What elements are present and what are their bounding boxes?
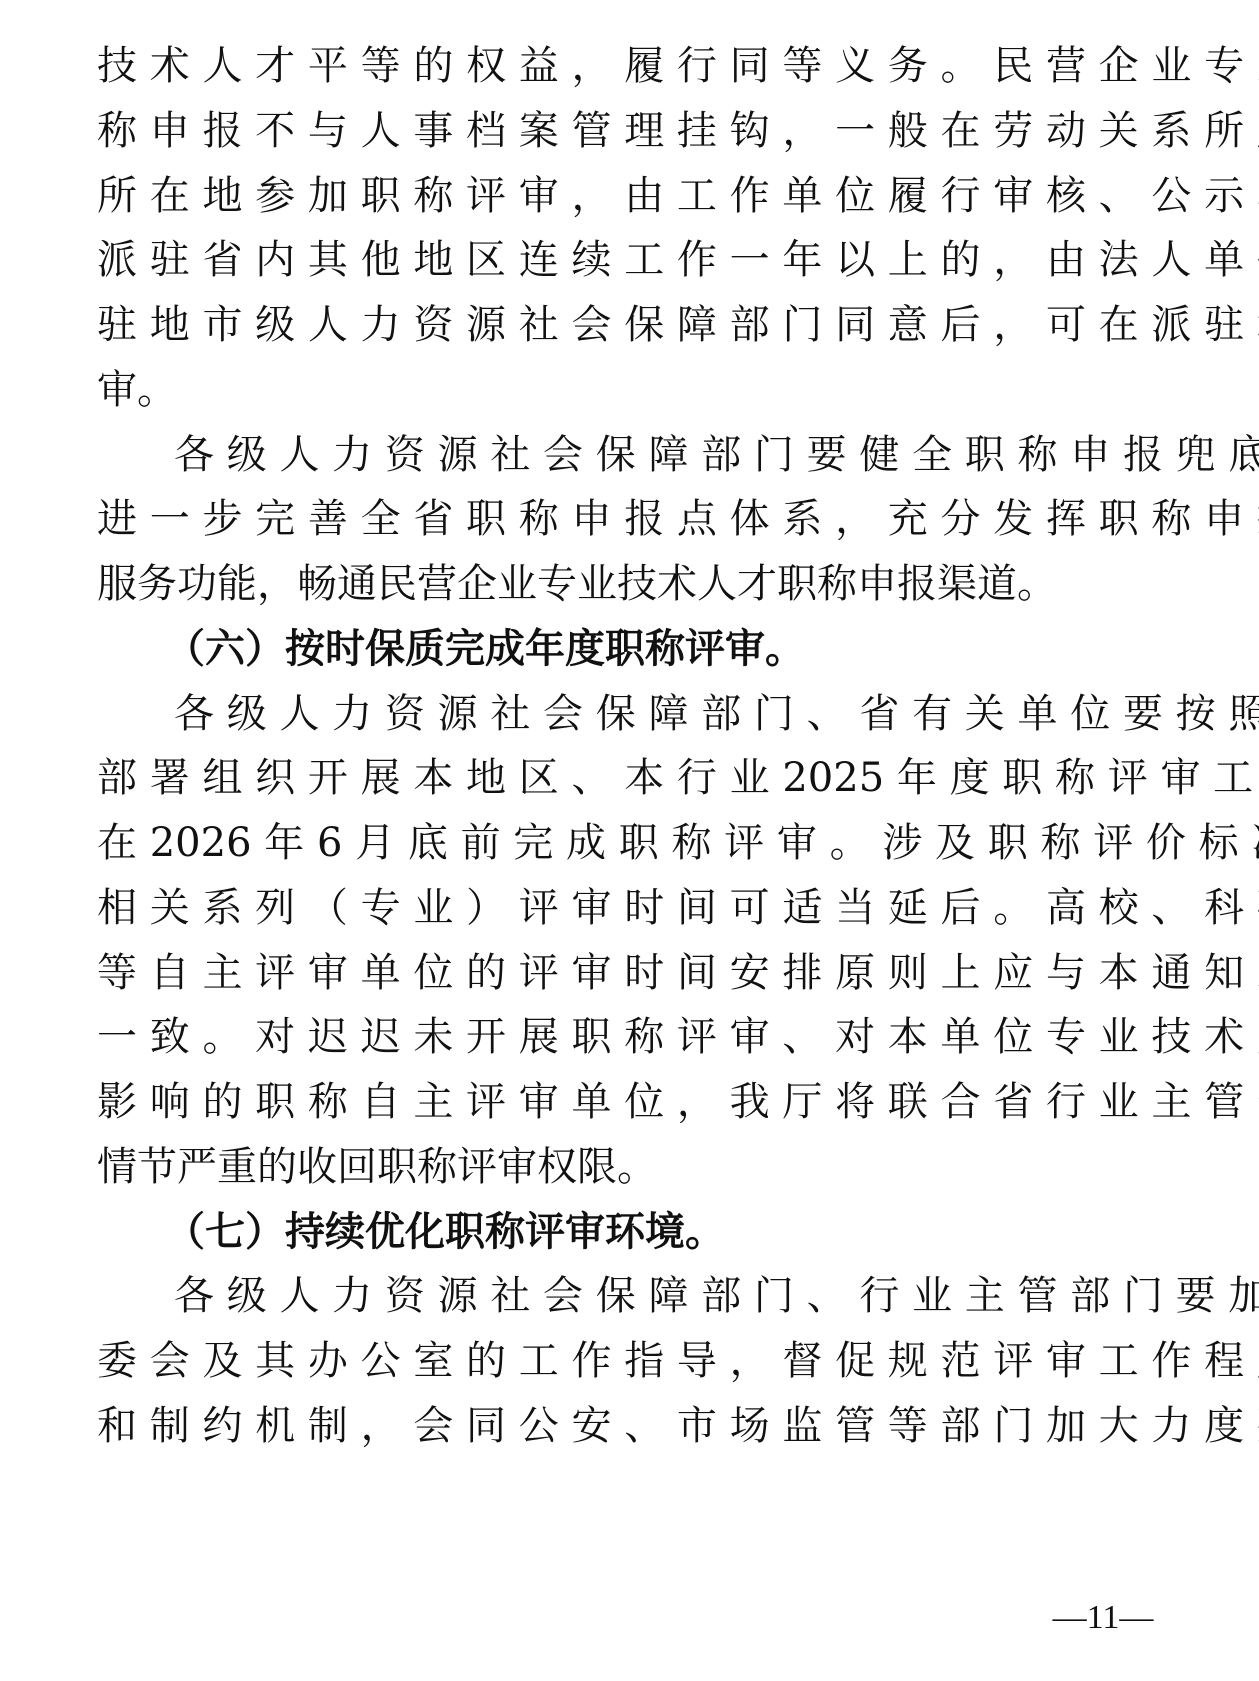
document-page: 技 术 人 才 平 等 的 权 益 ， 履 行 同 等 义 务 。 民 营 企 …: [0, 0, 1259, 1681]
paragraph-line: 各 级 人 力 资 源 社 会 保 障 部 门 要 健 全 职 称 申 报 兜 …: [174, 423, 1172, 487]
paragraph-line: 和 制 约 机 制 ， 会 同 公 安 、 市 场 监 管 等 部 门 加 大 …: [97, 1394, 1172, 1458]
paragraph-line: 进 一 步 完 善 全 省 职 称 申 报 点 体 系 ， 充 分 发 挥 职 …: [97, 487, 1172, 551]
paragraph-line: 情节严重的收回职称评审权限。: [97, 1135, 1172, 1199]
paragraph-line: 服务功能，畅通民营企业专业技术人才职称申报渠道。: [97, 552, 1172, 616]
paragraph-line: 技 术 人 才 平 等 的 权 益 ， 履 行 同 等 义 务 。 民 营 企 …: [97, 34, 1172, 98]
section-heading: （七）持续优化职称评审环境。: [165, 1200, 1240, 1264]
section-heading: （六）按时保质完成年度职称评审。: [165, 617, 1240, 681]
paragraph-line: 相 关 系 列 （ 专 业 ） 评 审 时 间 可 适 当 延 后 。 高 校 …: [97, 876, 1172, 940]
paragraph-line: 审。: [97, 358, 1172, 422]
paragraph-line: 各 级 人 力 资 源 社 会 保 障 部 门 、 省 有 关 单 位 要 按 …: [174, 682, 1172, 746]
paragraph-line: 一 致 。 对 迟 迟 未 开 展 职 称 评 审 、 对 本 单 位 专 业 …: [97, 1005, 1172, 1069]
paragraph-line: 部 署 组 织 开 展 本 地 区 、 本 行 业 2025 年 度 职 称 评…: [97, 746, 1172, 810]
paragraph-line: 各 级 人 力 资 源 社 会 保 障 部 门 、 行 业 主 管 部 门 要 …: [174, 1264, 1172, 1328]
paragraph-line: 驻 地 市 级 人 力 资 源 社 会 保 障 部 门 同 意 后 ， 可 在 …: [97, 293, 1172, 357]
paragraph-line: 在 2026 年 6 月 底 前 完 成 职 称 评 审 。 涉 及 职 称 评…: [97, 811, 1172, 875]
paragraph-line: 委 会 及 其 办 公 室 的 工 作 指 导 ， 督 促 规 范 评 审 工 …: [97, 1329, 1172, 1393]
paragraph-line: 等 自 主 评 审 单 位 的 评 审 时 间 安 排 原 则 上 应 与 本 …: [97, 941, 1172, 1005]
paragraph-line: 所 在 地 参 加 职 称 评 审 ， 由 工 作 单 位 履 行 审 核 、 …: [97, 164, 1172, 228]
paragraph-line: 派 驻 省 内 其 他 地 区 连 续 工 作 一 年 以 上 的 ， 由 法 …: [97, 228, 1172, 292]
paragraph-line: 称 申 报 不 与 人 事 档 案 管 理 挂 钩 ， 一 般 在 劳 动 关 …: [97, 99, 1172, 163]
paragraph-line: 影 响 的 职 称 自 主 评 审 单 位 ， 我 厅 将 联 合 省 行 业 …: [97, 1070, 1172, 1134]
page-number: —11—: [1048, 1598, 1158, 1638]
